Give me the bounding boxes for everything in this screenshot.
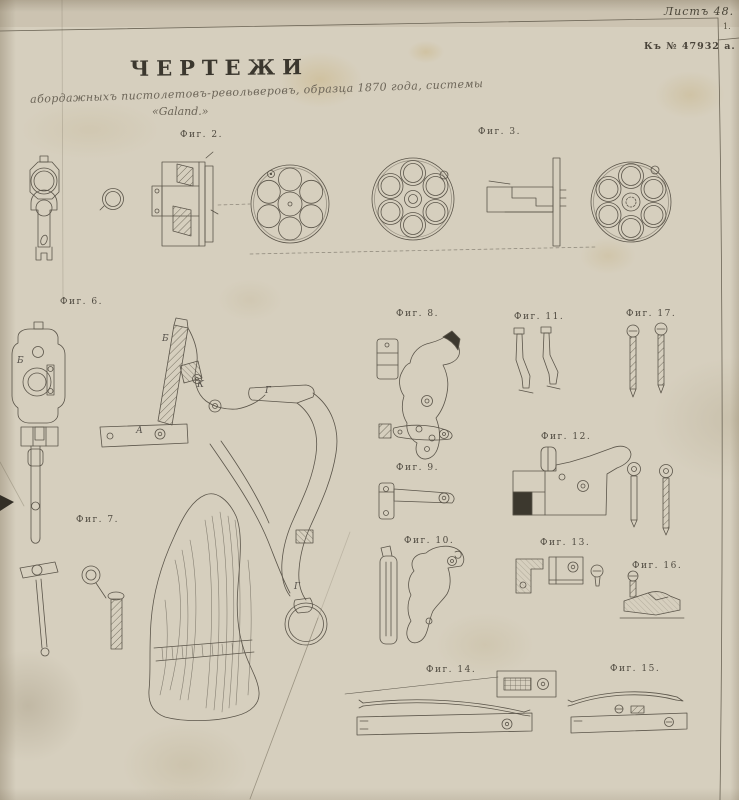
part-letter-g1: Г <box>265 386 271 396</box>
fig3-breech-plate-profile <box>487 158 566 246</box>
figure-label-fig8: Фиг. 8. <box>396 309 439 319</box>
archive-stamp: Къ № 47932 а. <box>644 41 736 52</box>
fig9-drawing <box>379 483 454 519</box>
fig8-lower-lever <box>379 424 452 440</box>
fig6-latch-bracket <box>21 427 58 446</box>
figure-label-fig11: Фиг. 11. <box>514 312 564 322</box>
fig11-drawing <box>514 327 560 393</box>
fig2-ring <box>100 189 124 211</box>
part-letter-g2: Г <box>294 582 300 592</box>
sheet-number-label: Листъ 48. <box>664 5 734 18</box>
figure-label-fig15: Фиг. 15. <box>610 664 660 674</box>
fig2-drawing <box>30 152 329 260</box>
fig6-drawing <box>12 318 337 645</box>
figure-label-fig10: Фиг. 10. <box>404 536 454 546</box>
fig2-cylinder-face <box>251 165 329 243</box>
figure-label-fig12: Фиг. 12. <box>541 432 591 442</box>
fig7-wooden-grip <box>149 494 259 721</box>
figure-label-fig7: Фиг. 7. <box>76 515 119 525</box>
fig10-drawing <box>380 546 464 644</box>
fig6-trigger-bar <box>100 424 188 447</box>
fig3-cylinder-face-left <box>372 158 454 240</box>
fig3-cylinder-face-right <box>591 162 671 242</box>
ink-blot <box>0 495 14 511</box>
part-letter-a: А <box>136 426 143 436</box>
fig2-cylinder-side-view <box>152 152 218 246</box>
centerlines <box>218 204 595 254</box>
part-letter-k: К <box>197 380 204 390</box>
figure-label-fig2: Фиг. 2. <box>180 130 223 140</box>
fig8-drawing <box>377 331 460 459</box>
trigger-body <box>407 546 464 643</box>
fig6-ejector-rod <box>28 446 43 543</box>
page-subtitle-line2: «Galand.» <box>152 105 209 118</box>
fig7-drawing <box>20 494 259 721</box>
figure-label-fig13: Фиг. 13. <box>540 538 590 548</box>
part-letter-b2: Б <box>162 334 169 344</box>
fig14-drawing <box>345 671 556 735</box>
figure-label-fig16: Фиг. 16. <box>632 561 682 571</box>
figure-label-fig14: Фиг. 14. <box>426 665 476 675</box>
engraving-line-art <box>0 0 739 800</box>
fig13-drawing <box>516 557 603 593</box>
fig7-escutcheon-parts <box>20 562 124 656</box>
fig15-drawing <box>568 692 687 733</box>
page-title: ЧЕРТЕЖИ <box>130 54 309 81</box>
fig6-frame-standing-breech <box>158 318 237 425</box>
fig16-drawing <box>620 571 684 618</box>
fig17-drawing <box>627 323 673 535</box>
fig6-lanyard-ring <box>285 603 327 645</box>
fig6-grip-frame <box>210 385 337 613</box>
fig12-drawing <box>513 446 631 515</box>
hammer-spur <box>443 331 460 350</box>
figure-label-fig17: Фиг. 17. <box>626 309 676 319</box>
fig3-drawing <box>372 158 671 246</box>
right-column-screws <box>628 463 673 536</box>
figure-label-fig9: Фиг. 9. <box>396 463 439 473</box>
fig2-cylinder-pin-part <box>30 156 59 260</box>
drawing-sheet: Листъ 48. 1. Къ № 47932 а. ЧЕРТЕЖИ аборд… <box>0 0 739 800</box>
page-frame-lines <box>0 18 739 800</box>
figure-label-fig6: Фиг. 6. <box>60 297 103 307</box>
part-letter-b1: Б <box>17 356 24 366</box>
fig6-barrel-lug-block <box>12 322 65 423</box>
checkering-band <box>162 642 243 660</box>
corner-box-number: 1. <box>723 22 731 31</box>
figure-label-fig3: Фиг. 3. <box>478 127 521 137</box>
